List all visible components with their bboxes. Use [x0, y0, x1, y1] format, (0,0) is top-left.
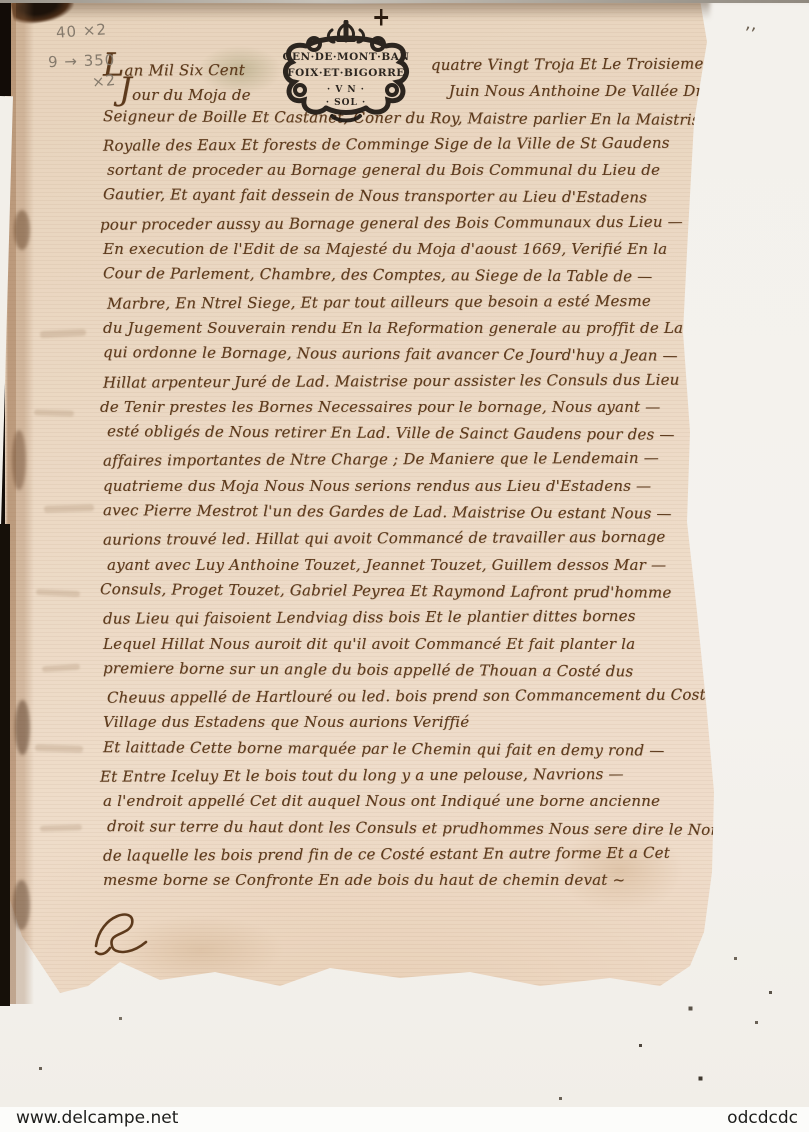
manuscript-line-segment: Lan Mil Six Cent — [103, 57, 245, 84]
manuscript-line: quatrieme dus Moja Nous Nous serions ren… — [103, 477, 728, 503]
manuscript-paper-sheet: Lan Mil Six Cent quatre Vingt Troja Et L… — [0, 0, 772, 1002]
paraph-flourish-icon — [90, 902, 154, 960]
manuscript-line: affaires importantes de Ntre Charge ; De… — [103, 449, 728, 479]
manuscript-line: En execution de l'Edit de sa Majesté du … — [103, 240, 728, 266]
seller-watermark: odcdcdc — [727, 1108, 798, 1128]
pencil-annotation: 40 ×2 — [55, 20, 107, 42]
manuscript-line: ayant avec Luy Anthoine Touzet, Jeannet … — [107, 556, 728, 582]
top-edge-smudge — [30, 0, 710, 20]
pencil-annotation: 9 → 350 — [48, 51, 116, 71]
manuscript-line: mesme borne se Confronte En ade bois du … — [103, 871, 728, 897]
manuscript-line: a l'endroit appellé Cet dit auquel Nous … — [103, 792, 728, 818]
watermark-bar: www.delcampe.net odcdcdc — [0, 1107, 809, 1132]
manuscript-line: Consuls, Proget Touzet, Gabriel Peyrea E… — [100, 580, 728, 610]
manuscript-line: Hillat arpenteur Juré de Lad. Maistrise … — [103, 370, 728, 400]
cross-mark: + — [372, 1, 390, 32]
manuscript-line-segment: Juin Nous Anthoine De Vallée Droyer — [449, 82, 737, 108]
manuscript-line: du Jugement Souverain rendu En la Reform… — [103, 319, 728, 345]
stamp-text-row1: GEN·DE·MONT·BAN — [283, 51, 410, 63]
manuscript-line: qui ordonne le Bornage, Nous aurions fai… — [103, 343, 728, 373]
manuscript-line: premiere borne sur un angle du bois appe… — [103, 659, 728, 689]
manuscript-text-block: Lan Mil Six Cent quatre Vingt Troja Et L… — [103, 56, 728, 898]
manuscript-line: Lequel Hillat Nous auroit dit qu'il avoi… — [103, 635, 728, 661]
stamp-text-row2: FOIX·ET·BIGORRE — [287, 67, 405, 79]
corner-tick-mark: ’’ — [743, 23, 757, 45]
manuscript-line: avec Pierre Mestrot l'un des Gardes de L… — [103, 501, 728, 531]
stamp-text-row4: · SOL · — [326, 98, 366, 108]
manuscript-line: droit sur terre du haut dont les Consuls… — [107, 817, 728, 847]
manuscript-line: de laquelle les bois prend fin de ce Cos… — [103, 843, 728, 873]
edge-stain — [13, 880, 30, 930]
binding-edge-dark-top — [0, 0, 11, 96]
fiscal-stamp-generalite-montauban: GEN·DE·MONT·BAN FOIX·ET·BIGORRE · V N · … — [276, 20, 416, 132]
edge-stain — [12, 430, 26, 490]
pencil-annotation: ×2 — [91, 71, 117, 91]
binding-edge-dark-bottom — [0, 524, 10, 1006]
manuscript-line: esté obligés de Nous retirer En Lad. Vil… — [107, 422, 728, 452]
manuscript-line: Cheuus appellé de Hartlouré ou led. bois… — [107, 685, 728, 715]
manuscript-line: Royalle des Eaux Et forests de Comminge … — [103, 133, 728, 163]
edge-stain — [15, 700, 30, 755]
manuscript-line-segment: Jour du Moja de — [119, 82, 251, 108]
manuscript-line: pour proceder aussy au Bornage general d… — [100, 212, 728, 242]
edge-stain — [14, 210, 30, 250]
dust-specks — [0, 0, 1, 1]
manuscript-line-segment: quatre Vingt Troja Et Le Troisieme — — [431, 54, 724, 82]
manuscript-line: de Tenir prestes les Bornes Necessaires … — [100, 398, 728, 424]
manuscript-line: dus Lieu qui faisoient Lendviag diss boi… — [103, 607, 728, 637]
manuscript-line: Village dus Estadens que Nous aurions Ve… — [103, 713, 728, 739]
manuscript-line: sortant de proceder au Bornage general d… — [107, 161, 728, 187]
scanned-manuscript-page: Lan Mil Six Cent quatre Vingt Troja Et L… — [0, 0, 809, 1132]
manuscript-line: Cour de Parlement, Chambre, des Comptes,… — [103, 264, 728, 294]
manuscript-line: Marbre, En Ntrel Siege, Et par tout aill… — [107, 291, 728, 321]
stamp-text-row3: · V N · — [327, 85, 365, 95]
manuscript-line: Et Entre Iceluy Et le bois tout du long … — [100, 764, 728, 794]
manuscript-line: aurions trouvé led. Hillat qui avoit Com… — [103, 528, 728, 558]
delcampe-watermark-link[interactable]: www.delcampe.net — [16, 1108, 178, 1128]
manuscript-line: Et laittade Cette borne marquée par le C… — [103, 738, 728, 768]
manuscript-line: Gautier, Et ayant fait dessein de Nous t… — [103, 186, 728, 216]
